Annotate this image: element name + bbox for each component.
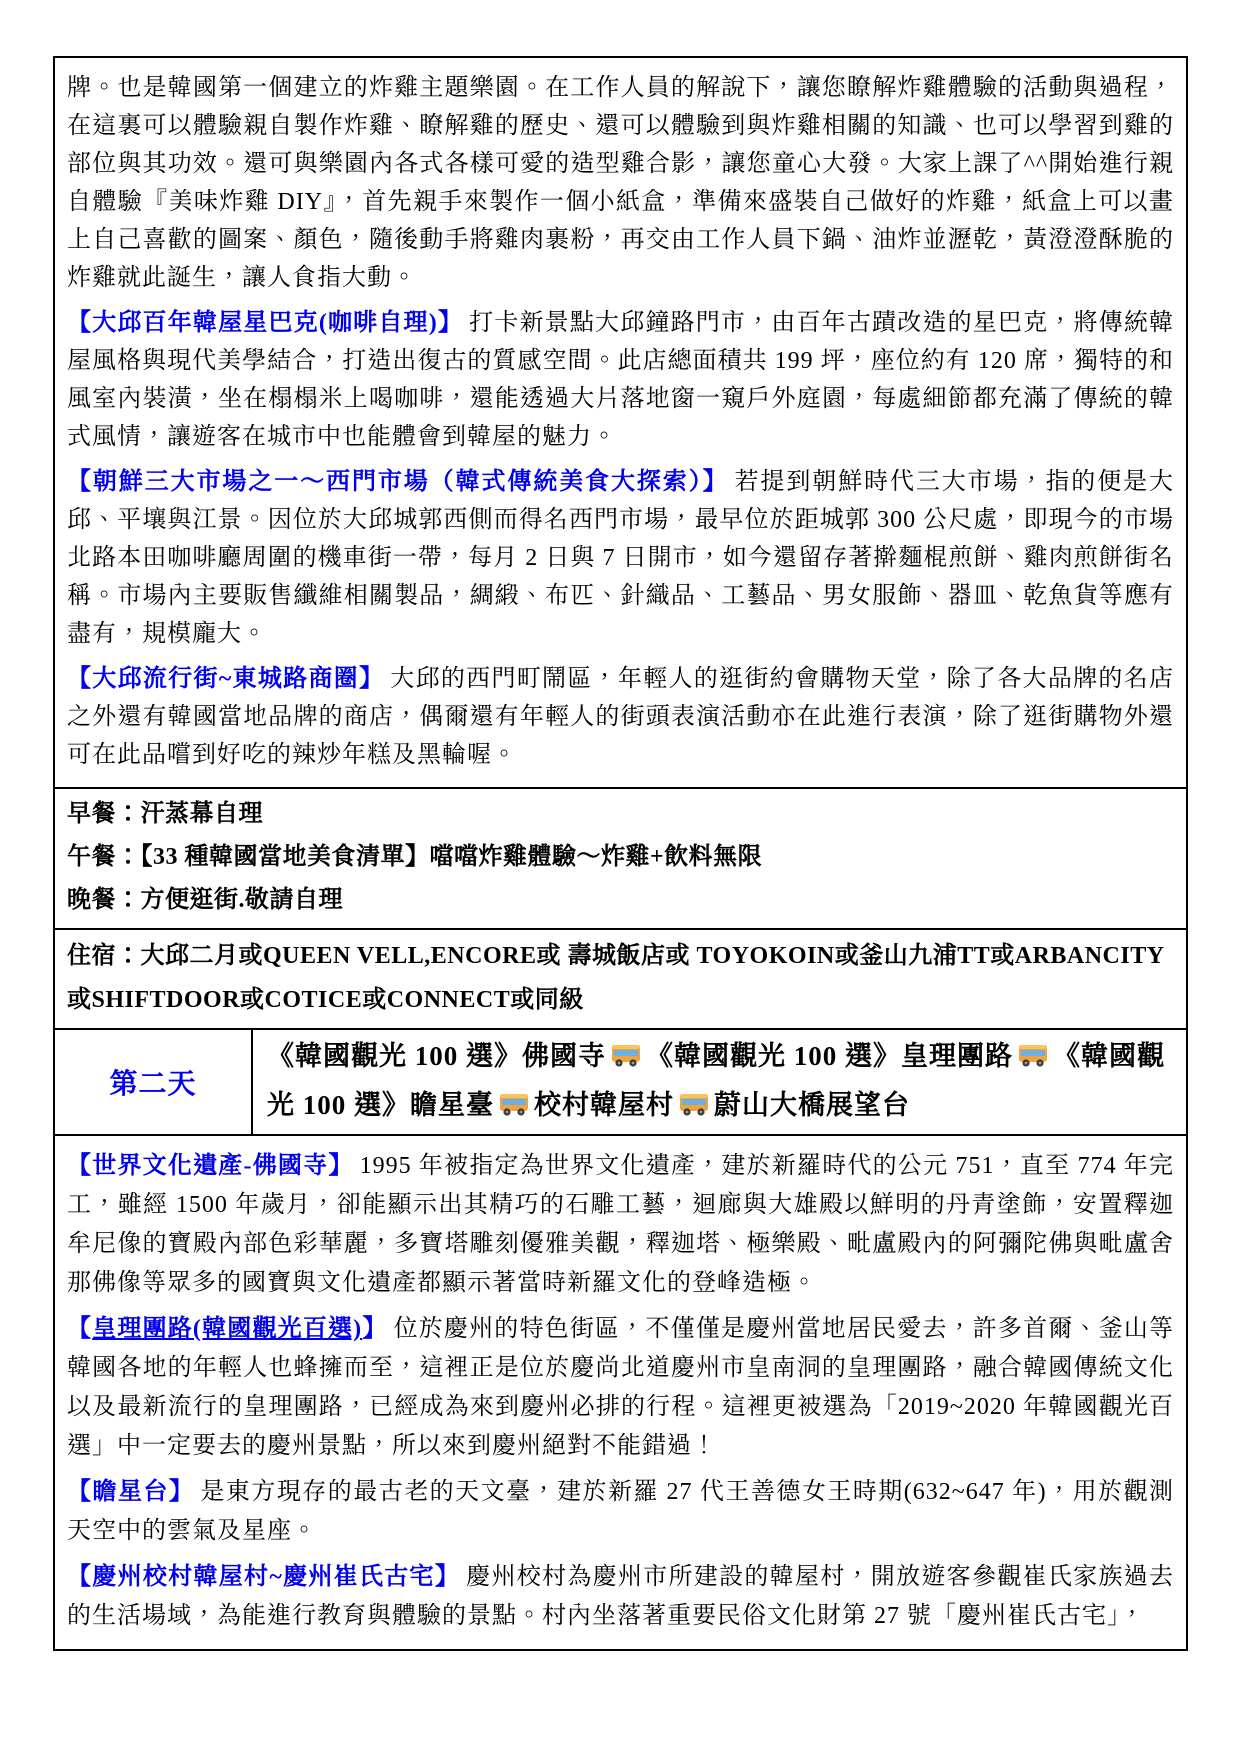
attraction-description: 是東方現存的最古老的天文臺，建於新羅 27 代王善德女王時期(632~647 年…	[67, 1479, 1174, 1544]
bracket-open: 【	[67, 1564, 92, 1590]
day2-label-cell: 第二天	[55, 1030, 253, 1134]
bracket-close: 】	[435, 1564, 460, 1590]
bracket-open: 【	[67, 1479, 92, 1505]
attraction-title: 世界文化遺產-佛國寺	[92, 1153, 328, 1179]
attraction-section-cheomseongdae: 【瞻星台】是東方現存的最古老的天文臺，建於新羅 27 代王善德女王時期(632~…	[67, 1473, 1174, 1551]
route-stop: 校村韓屋村	[534, 1090, 674, 1120]
bus-icon	[611, 1042, 641, 1068]
route-stop: 蔚山大橋展望台	[714, 1090, 910, 1120]
attraction-description: 若提到朝鮮時代三大市場，指的便是大邱、平壤與江景。因位於大邱城郭西側而得名西門市…	[67, 469, 1174, 647]
itinerary-page: 牌。也是韓國第一個建立的炸雞主題樂園。在工作人員的解說下，讓您瞭解炸雞體驗的活動…	[0, 0, 1241, 1755]
dinner-line: 晚餐：方便逛街.敬請自理	[67, 879, 1174, 922]
bracket-close: 】	[703, 469, 729, 495]
bracket-open: 【	[67, 1316, 92, 1342]
attraction-section-seomun-market: 【朝鮮三大市場之一～西門市場（韓式傳統美食大探索）】若提到朝鮮時代三大市場，指的…	[67, 463, 1174, 653]
itinerary-table: 牌。也是韓國第一個建立的炸雞主題樂園。在工作人員的解說下，讓您瞭解炸雞體驗的活動…	[53, 56, 1188, 1651]
attraction-heading: 【朝鮮三大市場之一～西門市場（韓式傳統美食大探索）】	[67, 469, 735, 495]
bracket-close: 】	[438, 310, 463, 336]
day1-detail-cell: 牌。也是韓國第一個建立的炸雞主題樂園。在工作人員的解說下，讓您瞭解炸雞體驗的活動…	[55, 58, 1186, 787]
bracket-open: 【	[67, 469, 93, 495]
meals-cell: 早餐：汗蒸幕自理 午餐：【33 種韓國當地美食清單】噹噹炸雞體驗～炸雞+飲料無限…	[55, 787, 1186, 928]
attraction-title: 大邱流行街~東城路商圈	[92, 666, 359, 692]
day2-detail-cell: 【世界文化遺產-佛國寺】1995 年被指定為世界文化遺產，建於新羅時代的公元 7…	[55, 1134, 1186, 1649]
bracket-open: 【	[67, 1153, 92, 1179]
bracket-open: 【	[67, 310, 92, 336]
attraction-section-gyochon-village: 【慶州校村韓屋村~慶州崔氏古宅】慶州校村為慶州市所建設的韓屋村，開放遊客參觀崔氏…	[67, 1558, 1174, 1636]
bracket-close: 】	[362, 1316, 387, 1342]
hotel-line: 住宿：大邱二月或QUEEN VELL,ENCORE或 壽城飯店或 TOYOKOI…	[67, 934, 1174, 1022]
attraction-heading: 【瞻星台】	[67, 1479, 200, 1505]
bus-icon	[1018, 1042, 1048, 1068]
route-stop: 《韓國觀光 100 選》佛國寺	[267, 1041, 606, 1071]
attraction-title: 大邱百年韓屋星巴克(咖啡自理)	[92, 310, 438, 336]
day2-route: 《韓國觀光 100 選》佛國寺《韓國觀光 100 選》皇理團路《韓國觀光 100…	[253, 1030, 1186, 1134]
attraction-heading: 【慶州校村韓屋村~慶州崔氏古宅】	[67, 1564, 466, 1590]
attraction-section-starbucks: 【大邱百年韓屋星巴克(咖啡自理)】打卡新景點大邱鐘路門市，由百年古蹟改造的星巴克…	[67, 304, 1174, 456]
bus-icon	[679, 1091, 709, 1117]
hotel-cell: 住宿：大邱二月或QUEEN VELL,ENCORE或 壽城飯店或 TOYOKOI…	[55, 928, 1186, 1028]
breakfast-line: 早餐：汗蒸幕自理	[67, 793, 1174, 836]
attraction-section-hwangridan-gil: 【皇理團路(韓國觀光百選)】位於慶州的特色街區，不僅僅是慶州當地居民愛去，許多首…	[67, 1310, 1174, 1466]
attraction-title: 皇理團路(韓國觀光百選)	[92, 1316, 362, 1342]
bus-icon	[499, 1091, 529, 1117]
lunch-line: 午餐：【33 種韓國當地美食清單】噹噹炸雞體驗～炸雞+飲料無限	[67, 836, 1174, 879]
attraction-heading: 【世界文化遺產-佛國寺】	[67, 1153, 360, 1179]
day2-header-row: 第二天 《韓國觀光 100 選》佛國寺《韓國觀光 100 選》皇理團路《韓國觀光…	[55, 1028, 1186, 1134]
attraction-title: 慶州校村韓屋村~慶州崔氏古宅	[92, 1564, 435, 1590]
day2-label: 第二天	[109, 1062, 196, 1102]
attraction-title: 瞻星台	[92, 1479, 168, 1505]
attraction-title: 朝鮮三大市場之一～西門市場（韓式傳統美食大探索）	[93, 469, 703, 495]
attraction-section-bulguksa: 【世界文化遺產-佛國寺】1995 年被指定為世界文化遺產，建於新羅時代的公元 7…	[67, 1147, 1174, 1303]
bracket-close: 】	[169, 1479, 194, 1505]
attraction-heading: 【大邱流行街~東城路商圈】	[67, 666, 390, 692]
attraction-section-dongseongro: 【大邱流行街~東城路商圈】大邱的西門町鬧區，年輕人的逛街約會購物天堂，除了各大品…	[67, 660, 1174, 774]
attraction-heading: 【皇理團路(韓國觀光百選)】	[67, 1316, 394, 1342]
bracket-close: 】	[359, 666, 384, 692]
route-stop: 《韓國觀光 100 選》皇理團路	[646, 1041, 1013, 1071]
attraction-heading: 【大邱百年韓屋星巴克(咖啡自理)】	[67, 310, 469, 336]
day1-intro-paragraph: 牌。也是韓國第一個建立的炸雞主題樂園。在工作人員的解說下，讓您瞭解炸雞體驗的活動…	[67, 69, 1174, 297]
bracket-open: 【	[67, 666, 92, 692]
bracket-close: 】	[328, 1153, 353, 1179]
